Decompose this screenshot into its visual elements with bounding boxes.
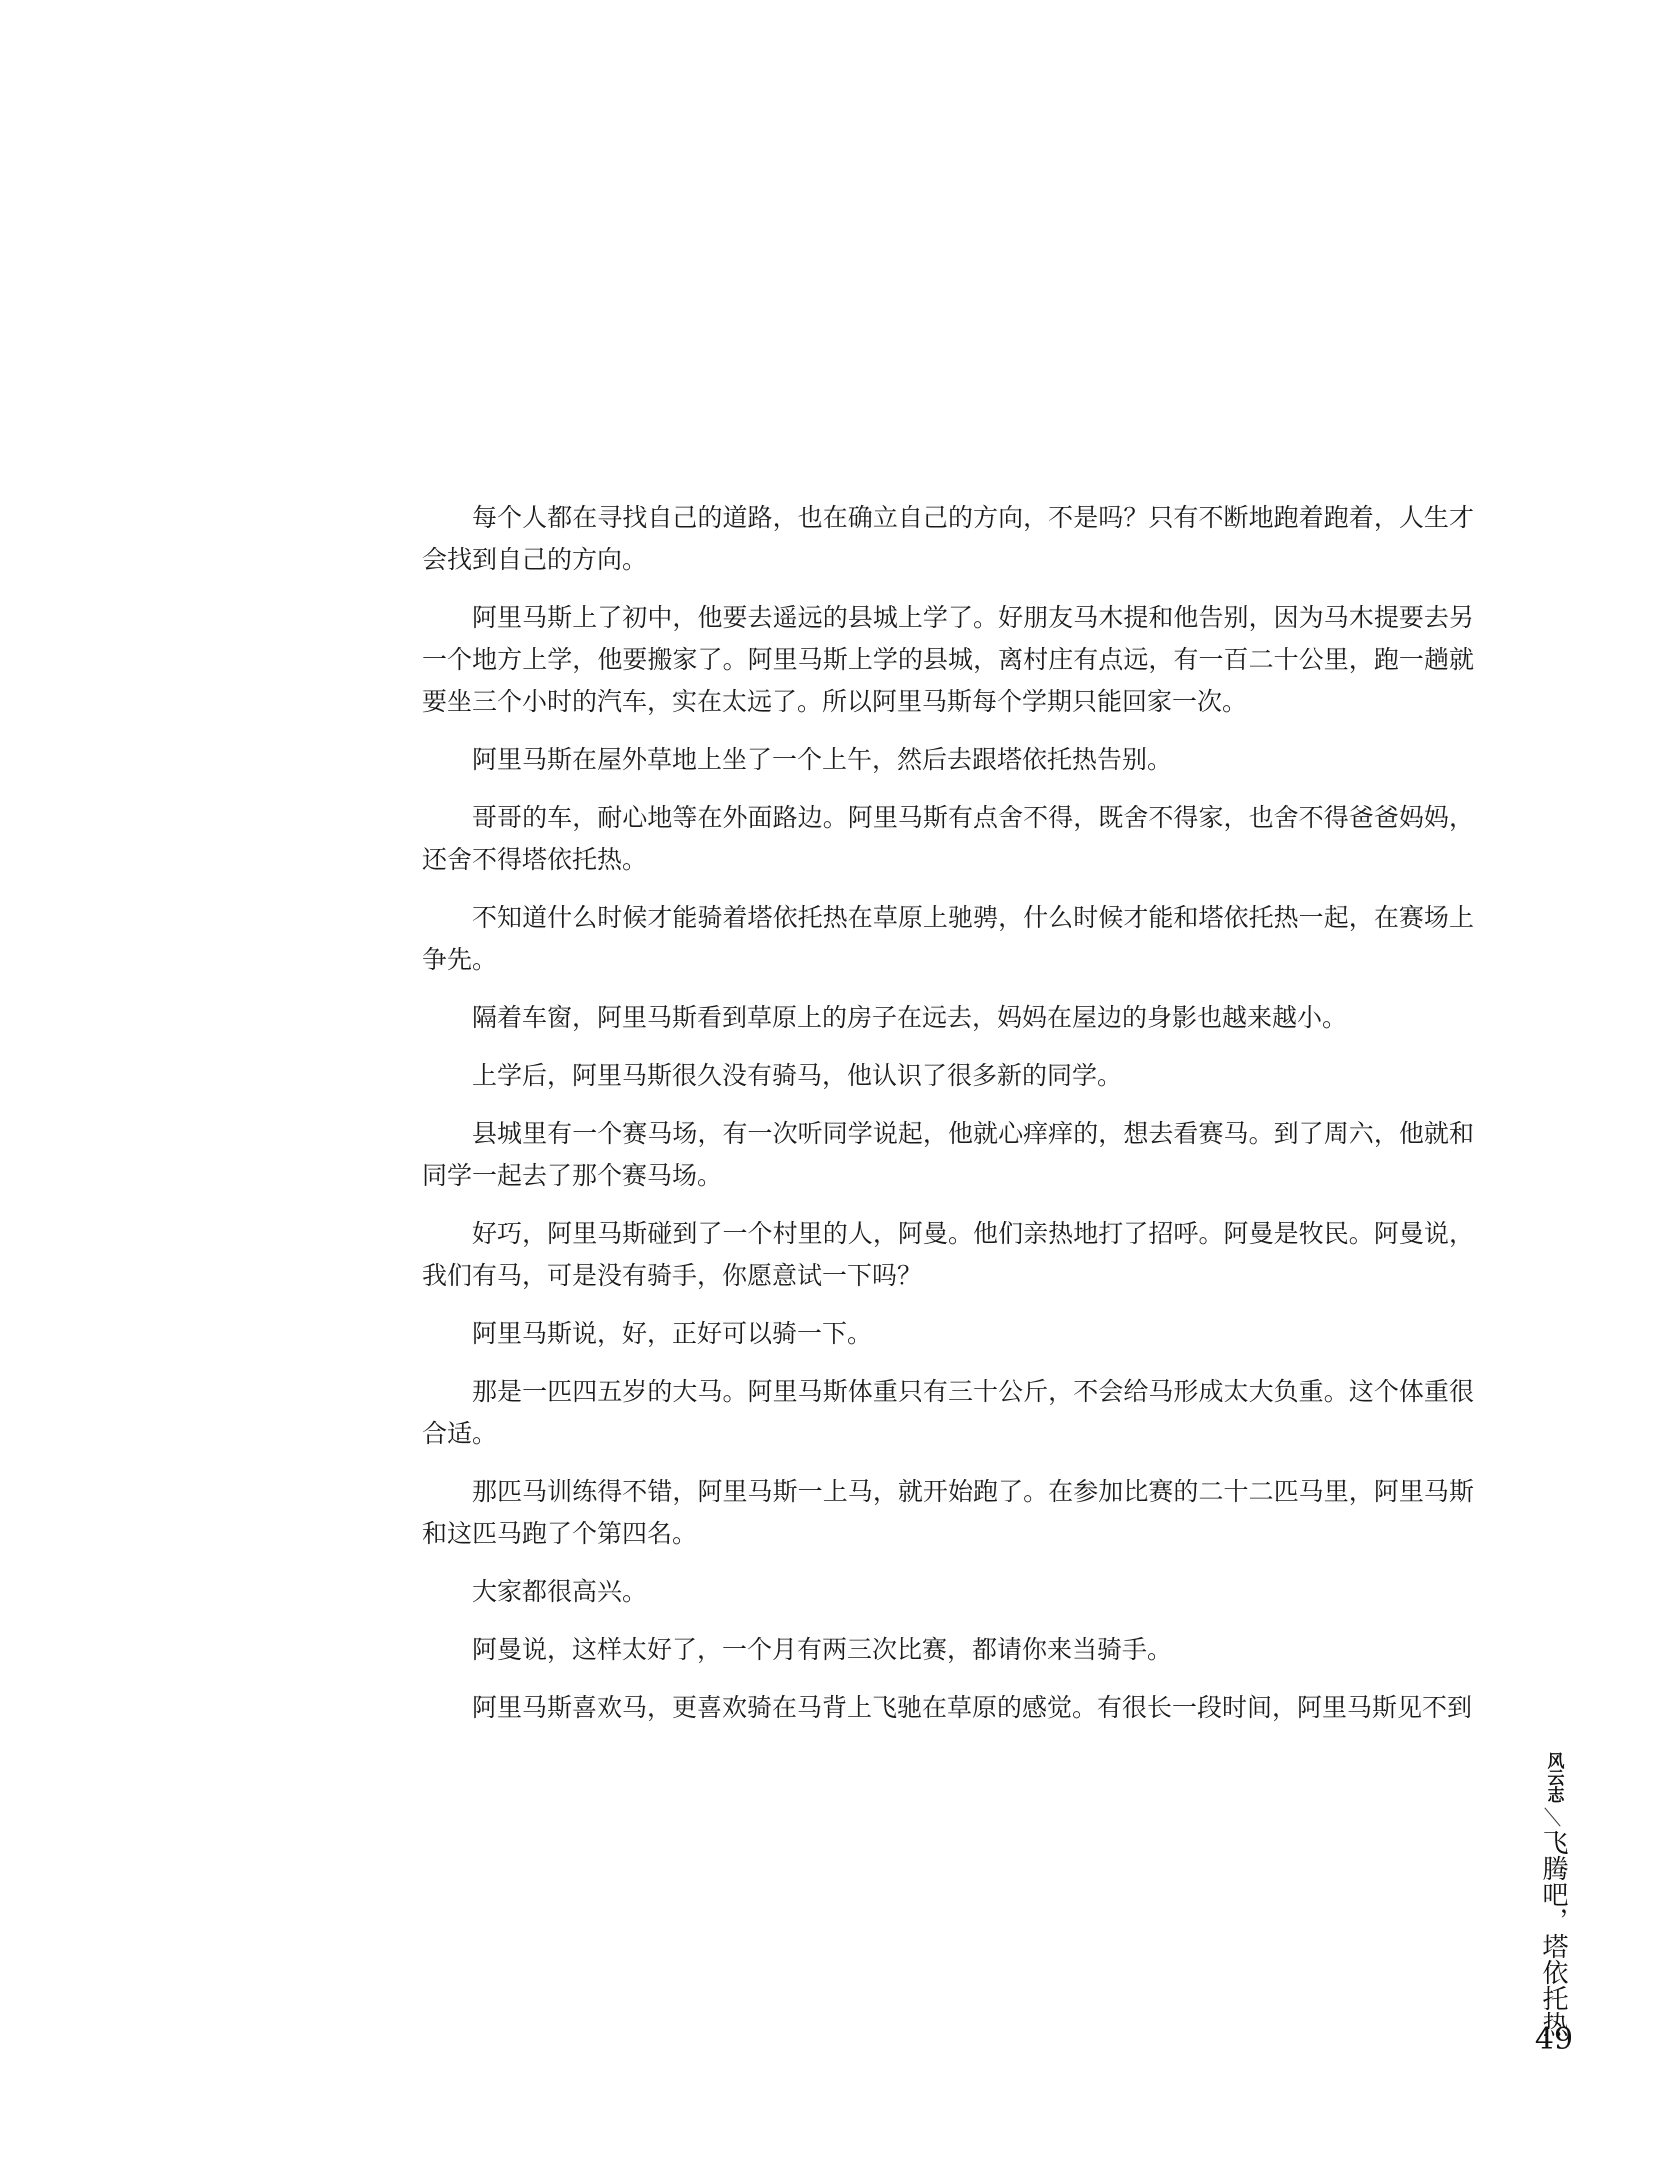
page-number: 49 <box>1526 2022 1582 2057</box>
paragraph: 阿里马斯说，好，正好可以骑一下。 <box>422 1313 1474 1355</box>
section-name: 风云志 <box>1545 1752 1562 1803</box>
paragraph: 那匹马训练得不错，阿里马斯一上马，就开始跑了。在参加比赛的二十二匹马里，阿里马斯… <box>422 1471 1474 1555</box>
paragraph: 每个人都在寻找自己的道路，也在确立自己的方向，不是吗？只有不断地跑着跑着，人生才… <box>422 497 1474 581</box>
book-page: 每个人都在寻找自己的道路，也在确立自己的方向，不是吗？只有不断地跑着跑着，人生才… <box>0 0 1654 2165</box>
body-text: 每个人都在寻找自己的道路，也在确立自己的方向，不是吗？只有不断地跑着跑着，人生才… <box>422 497 1474 1745</box>
paragraph: 县城里有一个赛马场，有一次听同学说起，他就心痒痒的，想去看赛马。到了周六，他就和… <box>422 1113 1474 1197</box>
slash-divider <box>1543 1807 1563 1827</box>
paragraph: 阿里马斯喜欢马，更喜欢骑在马背上飞驰在草原的感觉。有很长一段时间，阿里马斯见不到 <box>422 1687 1474 1729</box>
paragraph: 隔着车窗，阿里马斯看到草原上的房子在远去，妈妈在屋边的身影也越来越小。 <box>422 997 1474 1039</box>
paragraph: 好巧，阿里马斯碰到了一个村里的人，阿曼。他们亲热地打了招呼。阿曼是牧民。阿曼说，… <box>422 1213 1474 1297</box>
paragraph: 阿里马斯上了初中，他要去遥远的县城上学了。好朋友马木提和他告别，因为马木提要去另… <box>422 597 1474 723</box>
paragraph: 哥哥的车，耐心地等在外面路边。阿里马斯有点舍不得，既舍不得家，也舍不得爸爸妈妈，… <box>422 797 1474 881</box>
paragraph: 不知道什么时候才能骑着塔依托热在草原上驰骋，什么时候才能和塔依托热一起，在赛场上… <box>422 897 1474 981</box>
article-title: 飞腾吧，塔依托热 <box>1540 1829 1566 2037</box>
running-title: 风云志 飞腾吧，塔依托热 <box>1536 1752 1570 2037</box>
paragraph: 阿曼说，这样太好了，一个月有两三次比赛，都请你来当骑手。 <box>422 1629 1474 1671</box>
paragraph: 大家都很高兴。 <box>422 1571 1474 1613</box>
paragraph: 阿里马斯在屋外草地上坐了一个上午，然后去跟塔依托热告别。 <box>422 739 1474 781</box>
paragraph: 上学后，阿里马斯很久没有骑马，他认识了很多新的同学。 <box>422 1055 1474 1097</box>
paragraph: 那是一匹四五岁的大马。阿里马斯体重只有三十公斤，不会给马形成太大负重。这个体重很… <box>422 1371 1474 1455</box>
